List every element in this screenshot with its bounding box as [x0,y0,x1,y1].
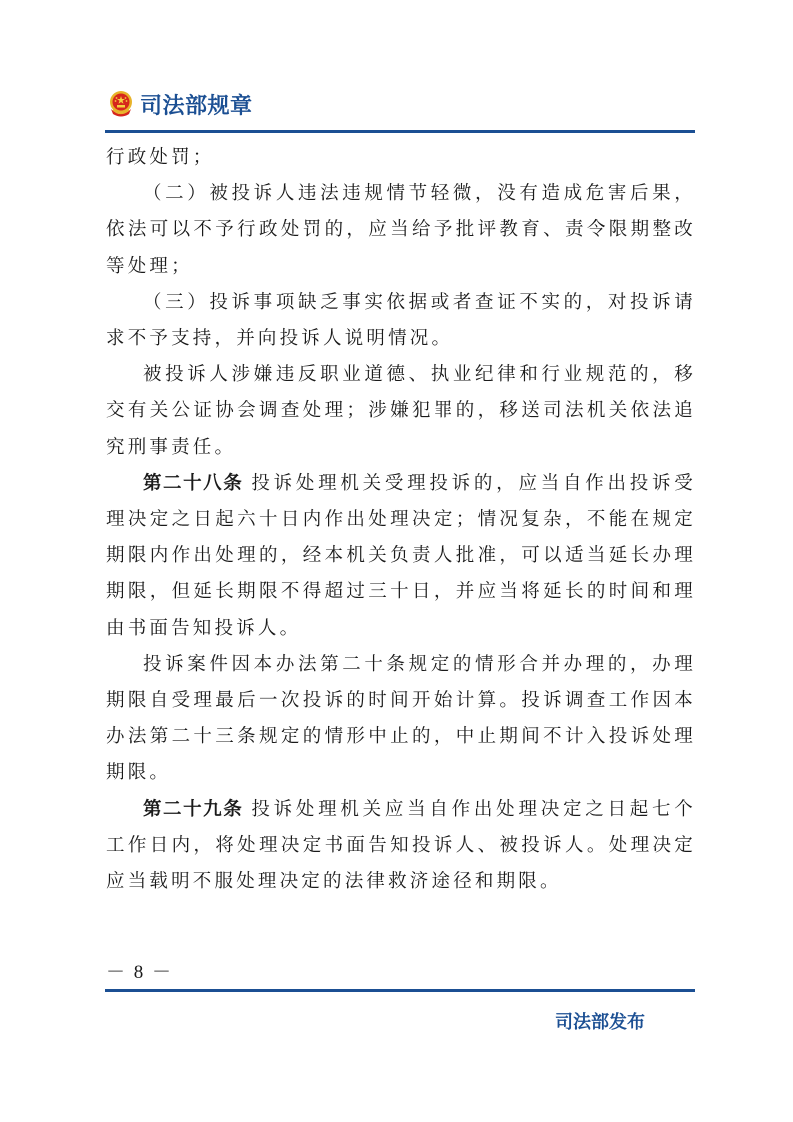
national-emblem-icon [106,89,136,119]
page-number: － 8 － [106,957,173,984]
paragraph-item-3: （三）投诉事项缺乏事实依据或者查证不实的，对投诉请求不予支持，并向投诉人说明情况… [106,285,696,357]
article-number: 第二十八条 [143,473,243,494]
paragraph-text: 被投诉人涉嫌违反职业道德、执业纪律和行业规范的，移交有关公证协会调查处理；涉嫌犯… [106,364,696,457]
document-header: 司法部规章 [106,86,253,122]
article-number: 第二十九条 [143,799,243,820]
paragraph-item-2: （二）被投诉人违法违规情节轻微，没有造成危害后果，依法可以不予行政处罚的，应当给… [106,176,696,285]
header-divider [105,130,695,133]
footer-publisher: 司法部发布 [555,1008,645,1034]
paragraph-referral: 被投诉人涉嫌违反职业道德、执业纪律和行业规范的，移交有关公证协会调查处理；涉嫌犯… [106,357,696,466]
paragraph-text: （三）投诉事项缺乏事实依据或者查证不实的，对投诉请求不予支持，并向投诉人说明情况… [106,292,696,349]
paragraph-continuation: 行政处罚； [106,140,696,176]
paragraph-text: 行政处罚； [106,147,215,168]
article-29: 第二十九条投诉处理机关应当自作出处理决定之日起七个工作日内，将处理决定书面告知投… [106,792,696,901]
article-28: 第二十八条投诉处理机关受理投诉的，应当自作出投诉受理决定之日起六十日内作出处理决… [106,466,696,647]
footer-divider [105,989,695,992]
paragraph-text: （二）被投诉人违法违规情节轻微，没有造成危害后果，依法可以不予行政处罚的，应当给… [106,183,696,276]
header-title: 司法部规章 [140,89,253,120]
paragraph-text: 投诉处理机关受理投诉的，应当自作出投诉受理决定之日起六十日内作出处理决定；情况复… [106,473,696,639]
paragraph-time-limit: 投诉案件因本办法第二十条规定的情形合并办理的，办理期限自受理最后一次投诉的时间开… [106,647,696,792]
document-body: 行政处罚； （二）被投诉人违法违规情节轻微，没有造成危害后果，依法可以不予行政处… [106,140,696,900]
paragraph-text: 投诉案件因本办法第二十条规定的情形合并办理的，办理期限自受理最后一次投诉的时间开… [106,654,696,784]
